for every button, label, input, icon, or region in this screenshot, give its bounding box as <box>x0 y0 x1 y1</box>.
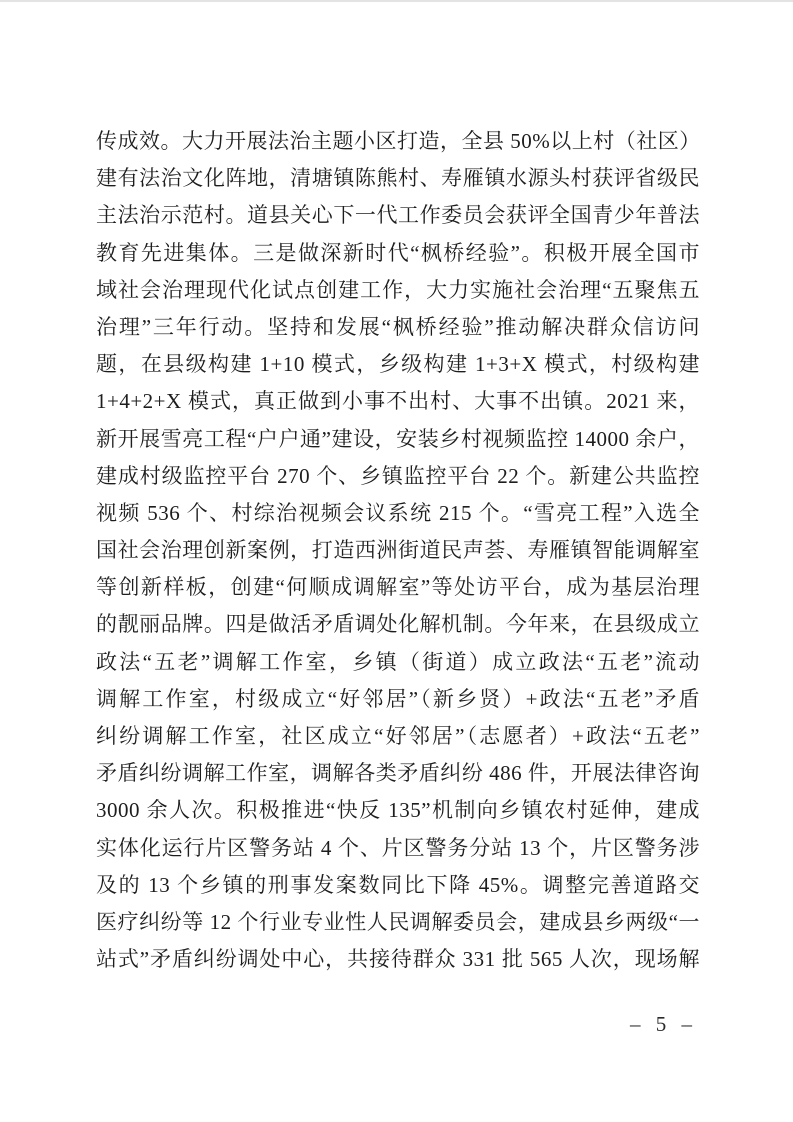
text-line: 实体化运行片区警务站 4 个、片区警务分站 13 个，片区警务涉 <box>96 830 700 867</box>
text-line: 建成村级监控平台 270 个、乡镇监控平台 22 个。新建公共监控 <box>96 458 700 495</box>
text-line: 治理”三年行动。坚持和发展“枫桥经验”推动解决群众信访问 <box>96 309 700 346</box>
text-line: 政法“五老”调解工作室，乡镇（街道）成立政法“五老”流动 <box>96 644 700 681</box>
text-line: 1+4+2+X 模式，真正做到小事不出村、大事不出镇。2021 来，创 <box>96 383 700 420</box>
body-text: 传成效。大力开展法治主题小区打造，全县 50%以上村（社区） 建有法治文化阵地，… <box>96 123 700 978</box>
text-line: 3000 余人次。积极推进“快反 135”机制向乡镇农村延伸，建成 <box>96 792 700 829</box>
text-line: 及的 13 个乡镇的刑事发案数同比下降 45%。调整完善道路交通、 <box>96 867 700 904</box>
text-line: 的靓丽品牌。四是做活矛盾调处化解机制。今年来，在县级成立 <box>96 606 700 643</box>
text-line: 纠纷调解工作室，社区成立“好邻居”（志愿者）+政法“五老” <box>96 718 700 755</box>
text-line: 矛盾纠纷调解工作室，调解各类矛盾纠纷 486 件，开展法律咨询 <box>96 755 700 792</box>
text-line: 调解工作室，村级成立“好邻居”（新乡贤）+政法“五老”矛盾 <box>96 681 700 718</box>
text-line: 教育先进集体。三是做深新时代“枫桥经验”。积极开展全国市 <box>96 235 700 272</box>
document-page: 传成效。大力开展法治主题小区打造，全县 50%以上村（社区） 建有法治文化阵地，… <box>0 0 793 1122</box>
text-line: 主法治示范村。道县关心下一代工作委员会获评全国青少年普法 <box>96 197 700 234</box>
text-line: 域社会治理现代化试点创建工作，大力实施社会治理“五聚焦五 <box>96 272 700 309</box>
text-line: 站式”矛盾纠纷调处中心，共接待群众 331 批 565 人次，现场解 <box>96 941 700 978</box>
page-number: – 5 – <box>630 1012 694 1036</box>
text-line: 新开展雪亮工程“户户通”建设，安装乡村视频监控 14000 余户， <box>96 421 700 458</box>
text-line: 题，在县级构建 1+10 模式，乡级构建 1+3+X 模式，村级构建 <box>96 346 700 383</box>
text-line: 传成效。大力开展法治主题小区打造，全县 50%以上村（社区） <box>96 123 700 160</box>
scan-edge-artifact <box>0 0 793 2</box>
text-line: 国社会治理创新案例，打造西洲街道民声荟、寿雁镇智能调解室 <box>96 532 700 569</box>
text-line: 建有法治文化阵地，清塘镇陈熊村、寿雁镇水源头村获评省级民 <box>96 160 700 197</box>
text-line: 等创新样板，创建“何顺成调解室”等处访平台，成为基层治理 <box>96 569 700 606</box>
text-line: 医疗纠纷等 12 个行业专业性人民调解委员会，建成县乡两级“一 <box>96 904 700 941</box>
text-line: 视频 536 个、村综治视频会议系统 215 个。“雪亮工程”入选全 <box>96 495 700 532</box>
